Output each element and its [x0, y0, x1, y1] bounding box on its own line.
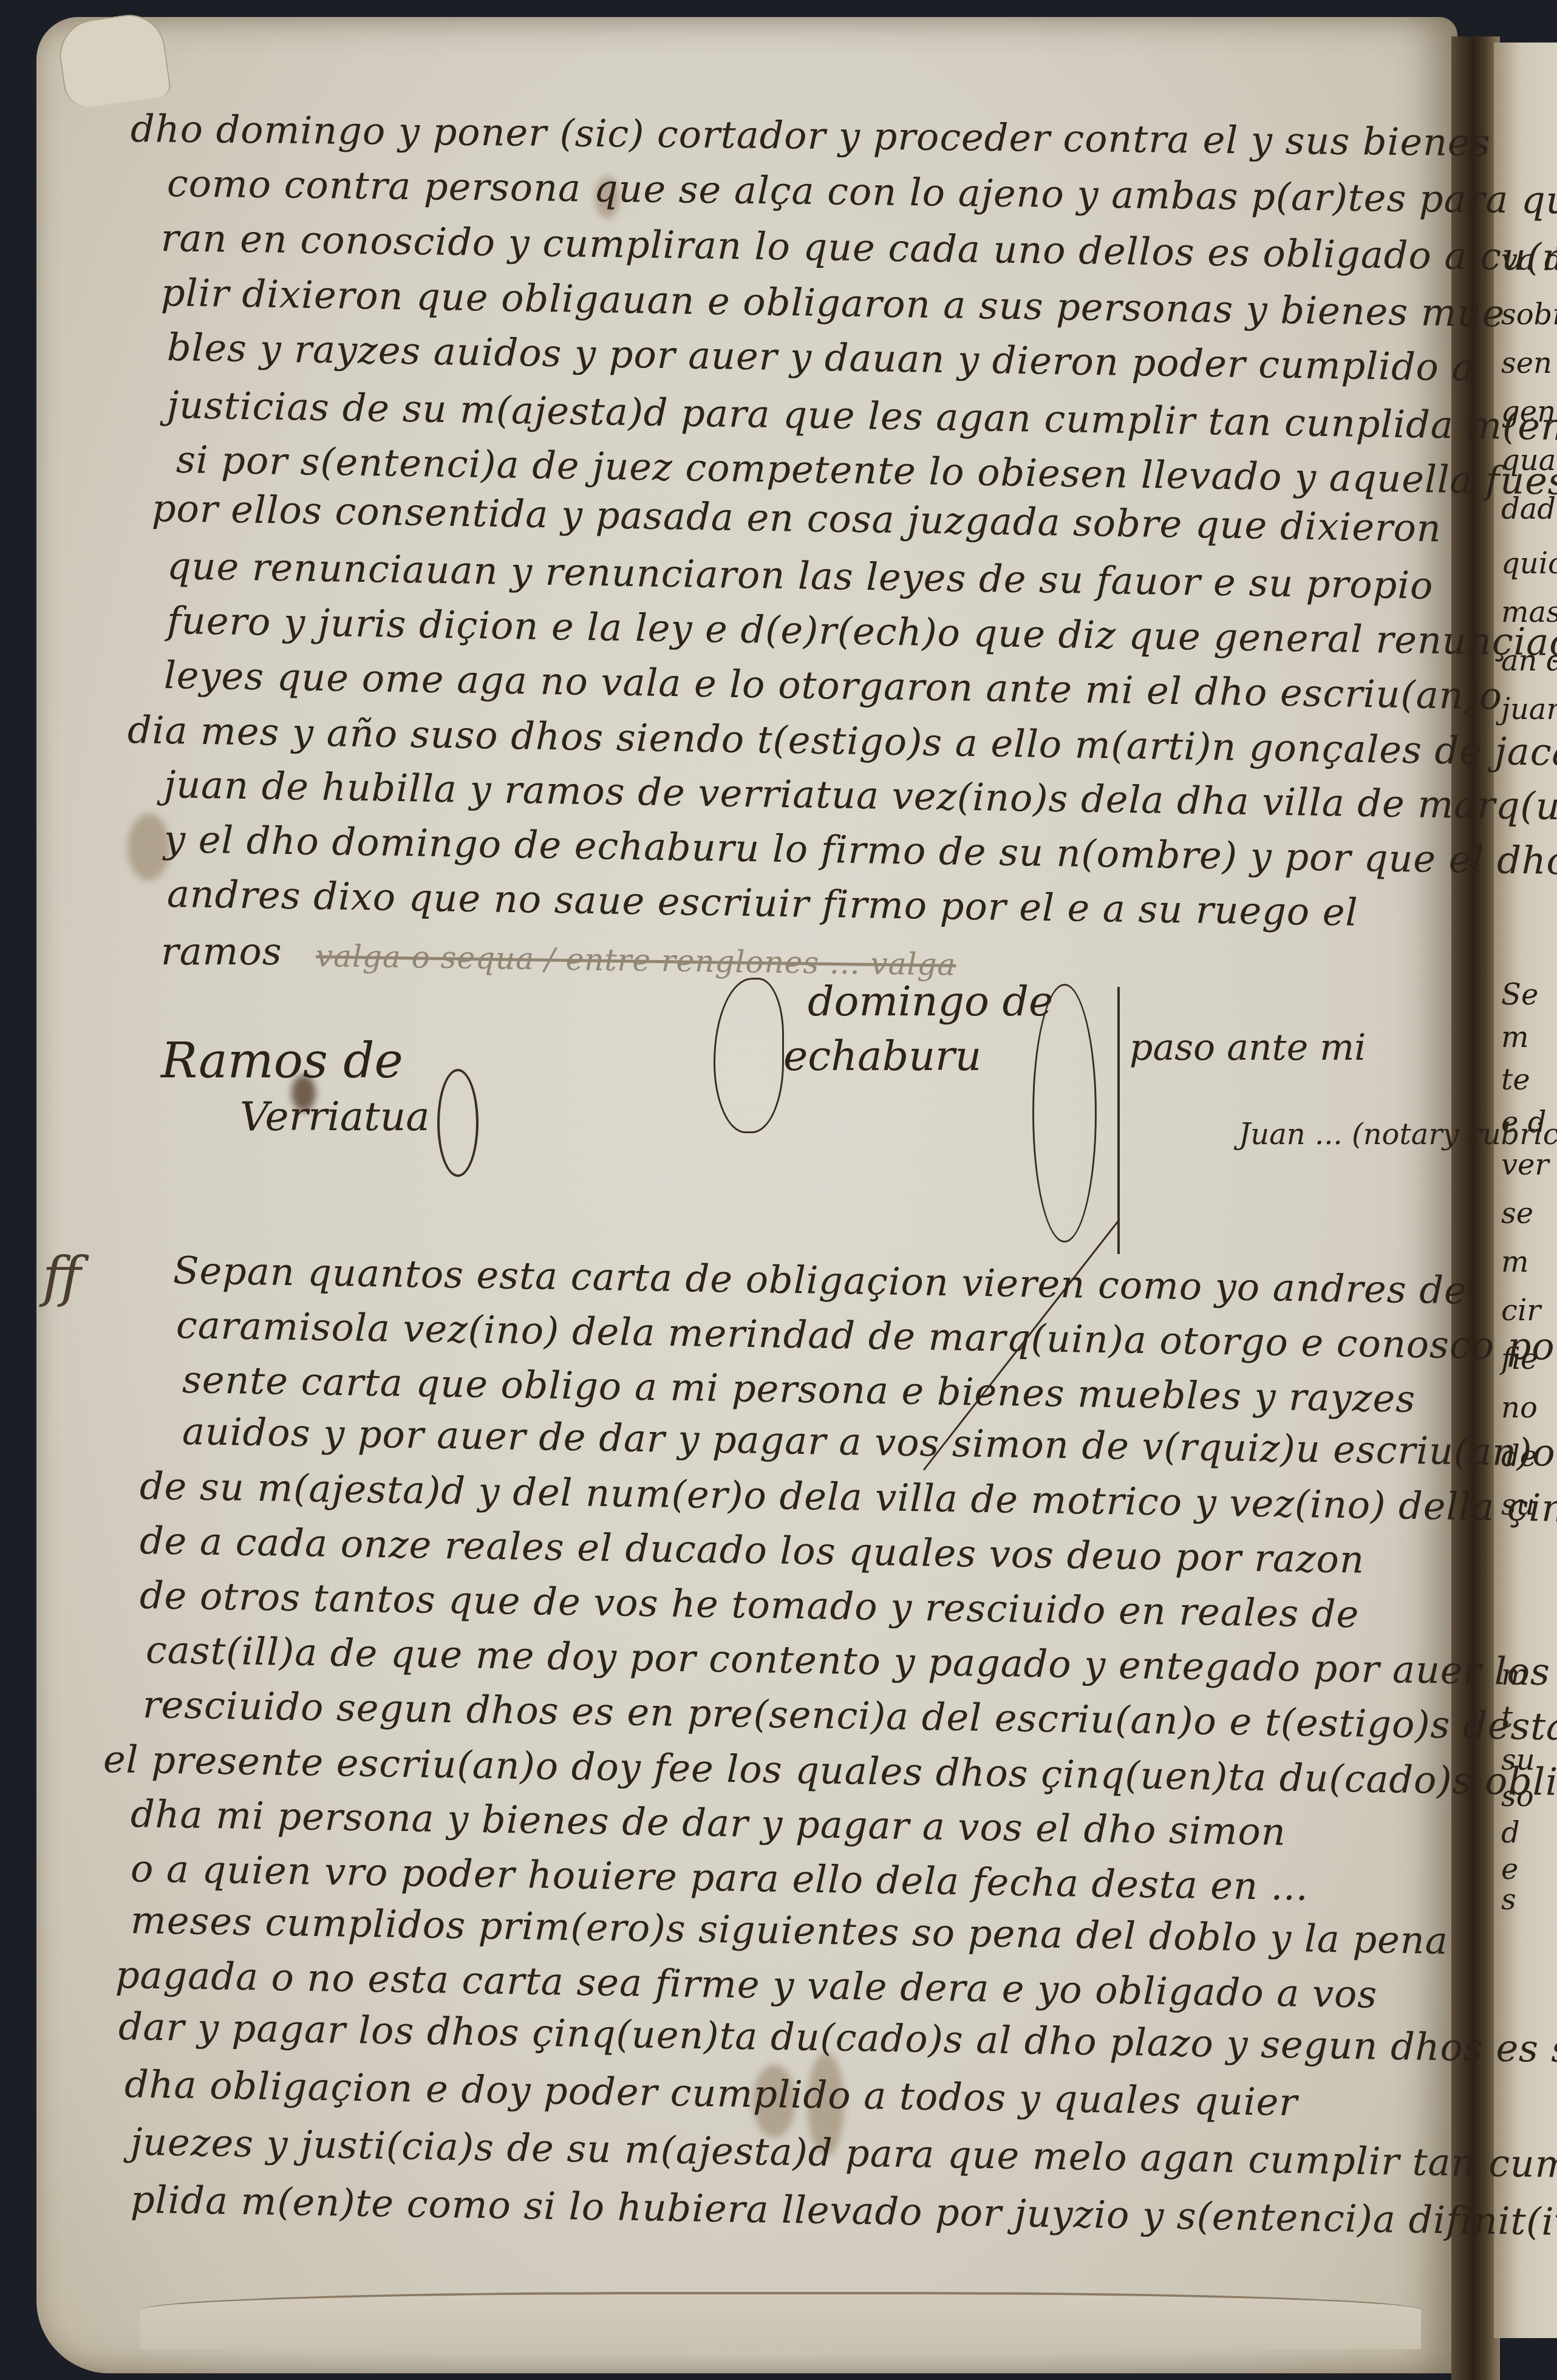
facing-line: ver [1501, 1148, 1548, 1182]
facing-line: juan [1501, 692, 1557, 726]
signature-notary: Juan ... (notary rubric) [1239, 1117, 1557, 1151]
text-line: ramos [161, 929, 282, 973]
margin-mark: ff [43, 1245, 81, 1309]
signature-rubric [1032, 984, 1097, 1243]
facing-line: quio [1501, 547, 1557, 581]
facing-line: cir [1501, 1294, 1541, 1328]
facing-line: sobre [1501, 298, 1557, 332]
facing-line: no [1501, 1391, 1538, 1425]
signature-domingo-line2: echaburu [783, 1032, 981, 1080]
signature-domingo-line1: domingo de [808, 978, 1053, 1026]
facing-line: sen [1501, 346, 1552, 380]
page-bottom-edge [140, 2292, 1421, 2349]
facing-line: m [1501, 1020, 1529, 1054]
facing-line: se [1501, 1196, 1533, 1230]
signature-ramos-line1: Ramos de [161, 1032, 403, 1089]
signature-ramos-line2: Verriatua [240, 1093, 430, 1140]
facing-line: te [1501, 1063, 1530, 1097]
facing-line: d [1501, 1816, 1520, 1850]
facing-page-fragment: va de sobre sen genera qual dad quio mas… [1494, 43, 1557, 2338]
facing-line: Se [1501, 978, 1538, 1012]
facing-line: e [1501, 1852, 1518, 1886]
facing-line: s [1501, 1883, 1516, 1917]
signature-flourish [1117, 987, 1120, 1254]
signature-paso-ante-mi: paso ante mi [1129, 1026, 1366, 1069]
signature-rubric [437, 1069, 479, 1177]
facing-line: m [1501, 1245, 1529, 1279]
